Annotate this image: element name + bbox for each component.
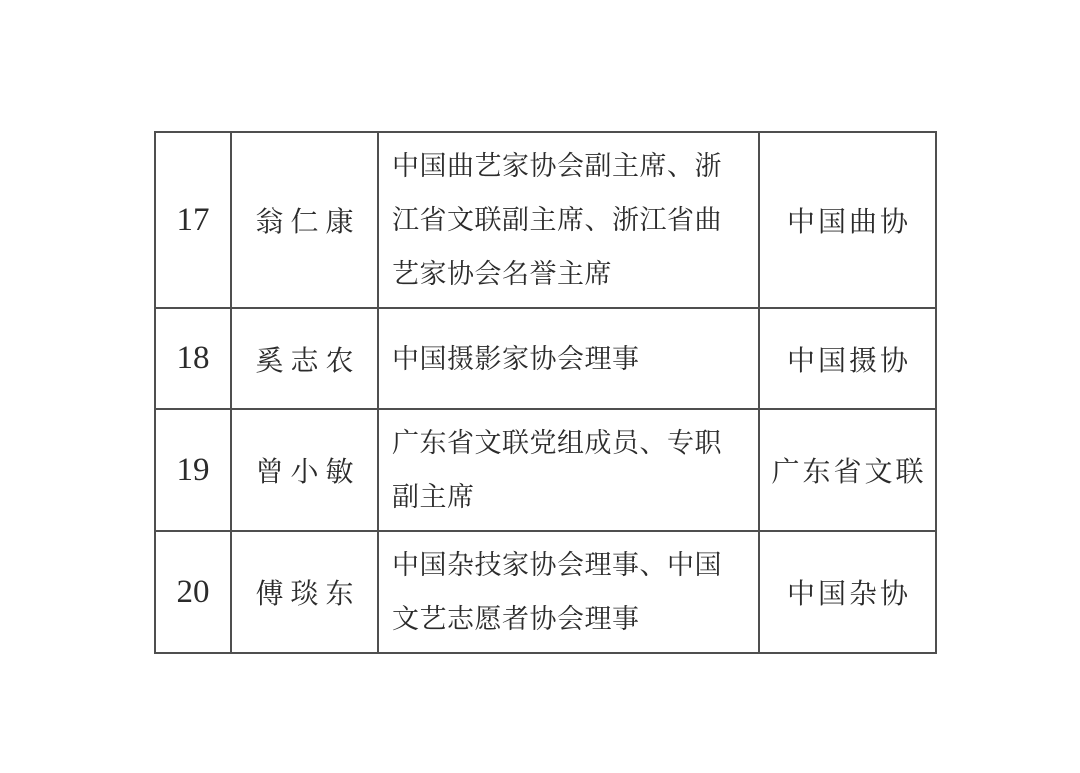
- member-positions-cell: 广东省文联党组成员、专职副主席: [378, 409, 759, 531]
- table-row: 19 曾小敏 广东省文联党组成员、专职副主席 广东省文联: [155, 409, 936, 531]
- association-cell: 中国杂协: [759, 531, 936, 653]
- roster-table: 17 翁仁康 中国曲艺家协会副主席、浙江省文联副主席、浙江省曲艺家协会名誉主席 …: [154, 131, 937, 654]
- member-name-cell: 傅琰东: [231, 531, 378, 653]
- member-name-cell: 曾小敏: [231, 409, 378, 531]
- row-number-cell: 20: [155, 531, 231, 653]
- row-number-cell: 18: [155, 308, 231, 409]
- association-cell: 广东省文联: [759, 409, 936, 531]
- table-row: 18 奚志农 中国摄影家协会理事 中国摄协: [155, 308, 936, 409]
- association-cell: 中国摄协: [759, 308, 936, 409]
- member-name-cell: 翁仁康: [231, 132, 378, 308]
- member-positions-cell: 中国摄影家协会理事: [378, 308, 759, 409]
- member-name-cell: 奚志农: [231, 308, 378, 409]
- table-row: 17 翁仁康 中国曲艺家协会副主席、浙江省文联副主席、浙江省曲艺家协会名誉主席 …: [155, 132, 936, 308]
- member-positions-cell: 中国杂技家协会理事、中国文艺志愿者协会理事: [378, 531, 759, 653]
- table-row: 20 傅琰东 中国杂技家协会理事、中国文艺志愿者协会理事 中国杂协: [155, 531, 936, 653]
- document-page: 17 翁仁康 中国曲艺家协会副主席、浙江省文联副主席、浙江省曲艺家协会名誉主席 …: [0, 0, 1080, 773]
- row-number-cell: 17: [155, 132, 231, 308]
- member-positions-cell: 中国曲艺家协会副主席、浙江省文联副主席、浙江省曲艺家协会名誉主席: [378, 132, 759, 308]
- row-number-cell: 19: [155, 409, 231, 531]
- association-cell: 中国曲协: [759, 132, 936, 308]
